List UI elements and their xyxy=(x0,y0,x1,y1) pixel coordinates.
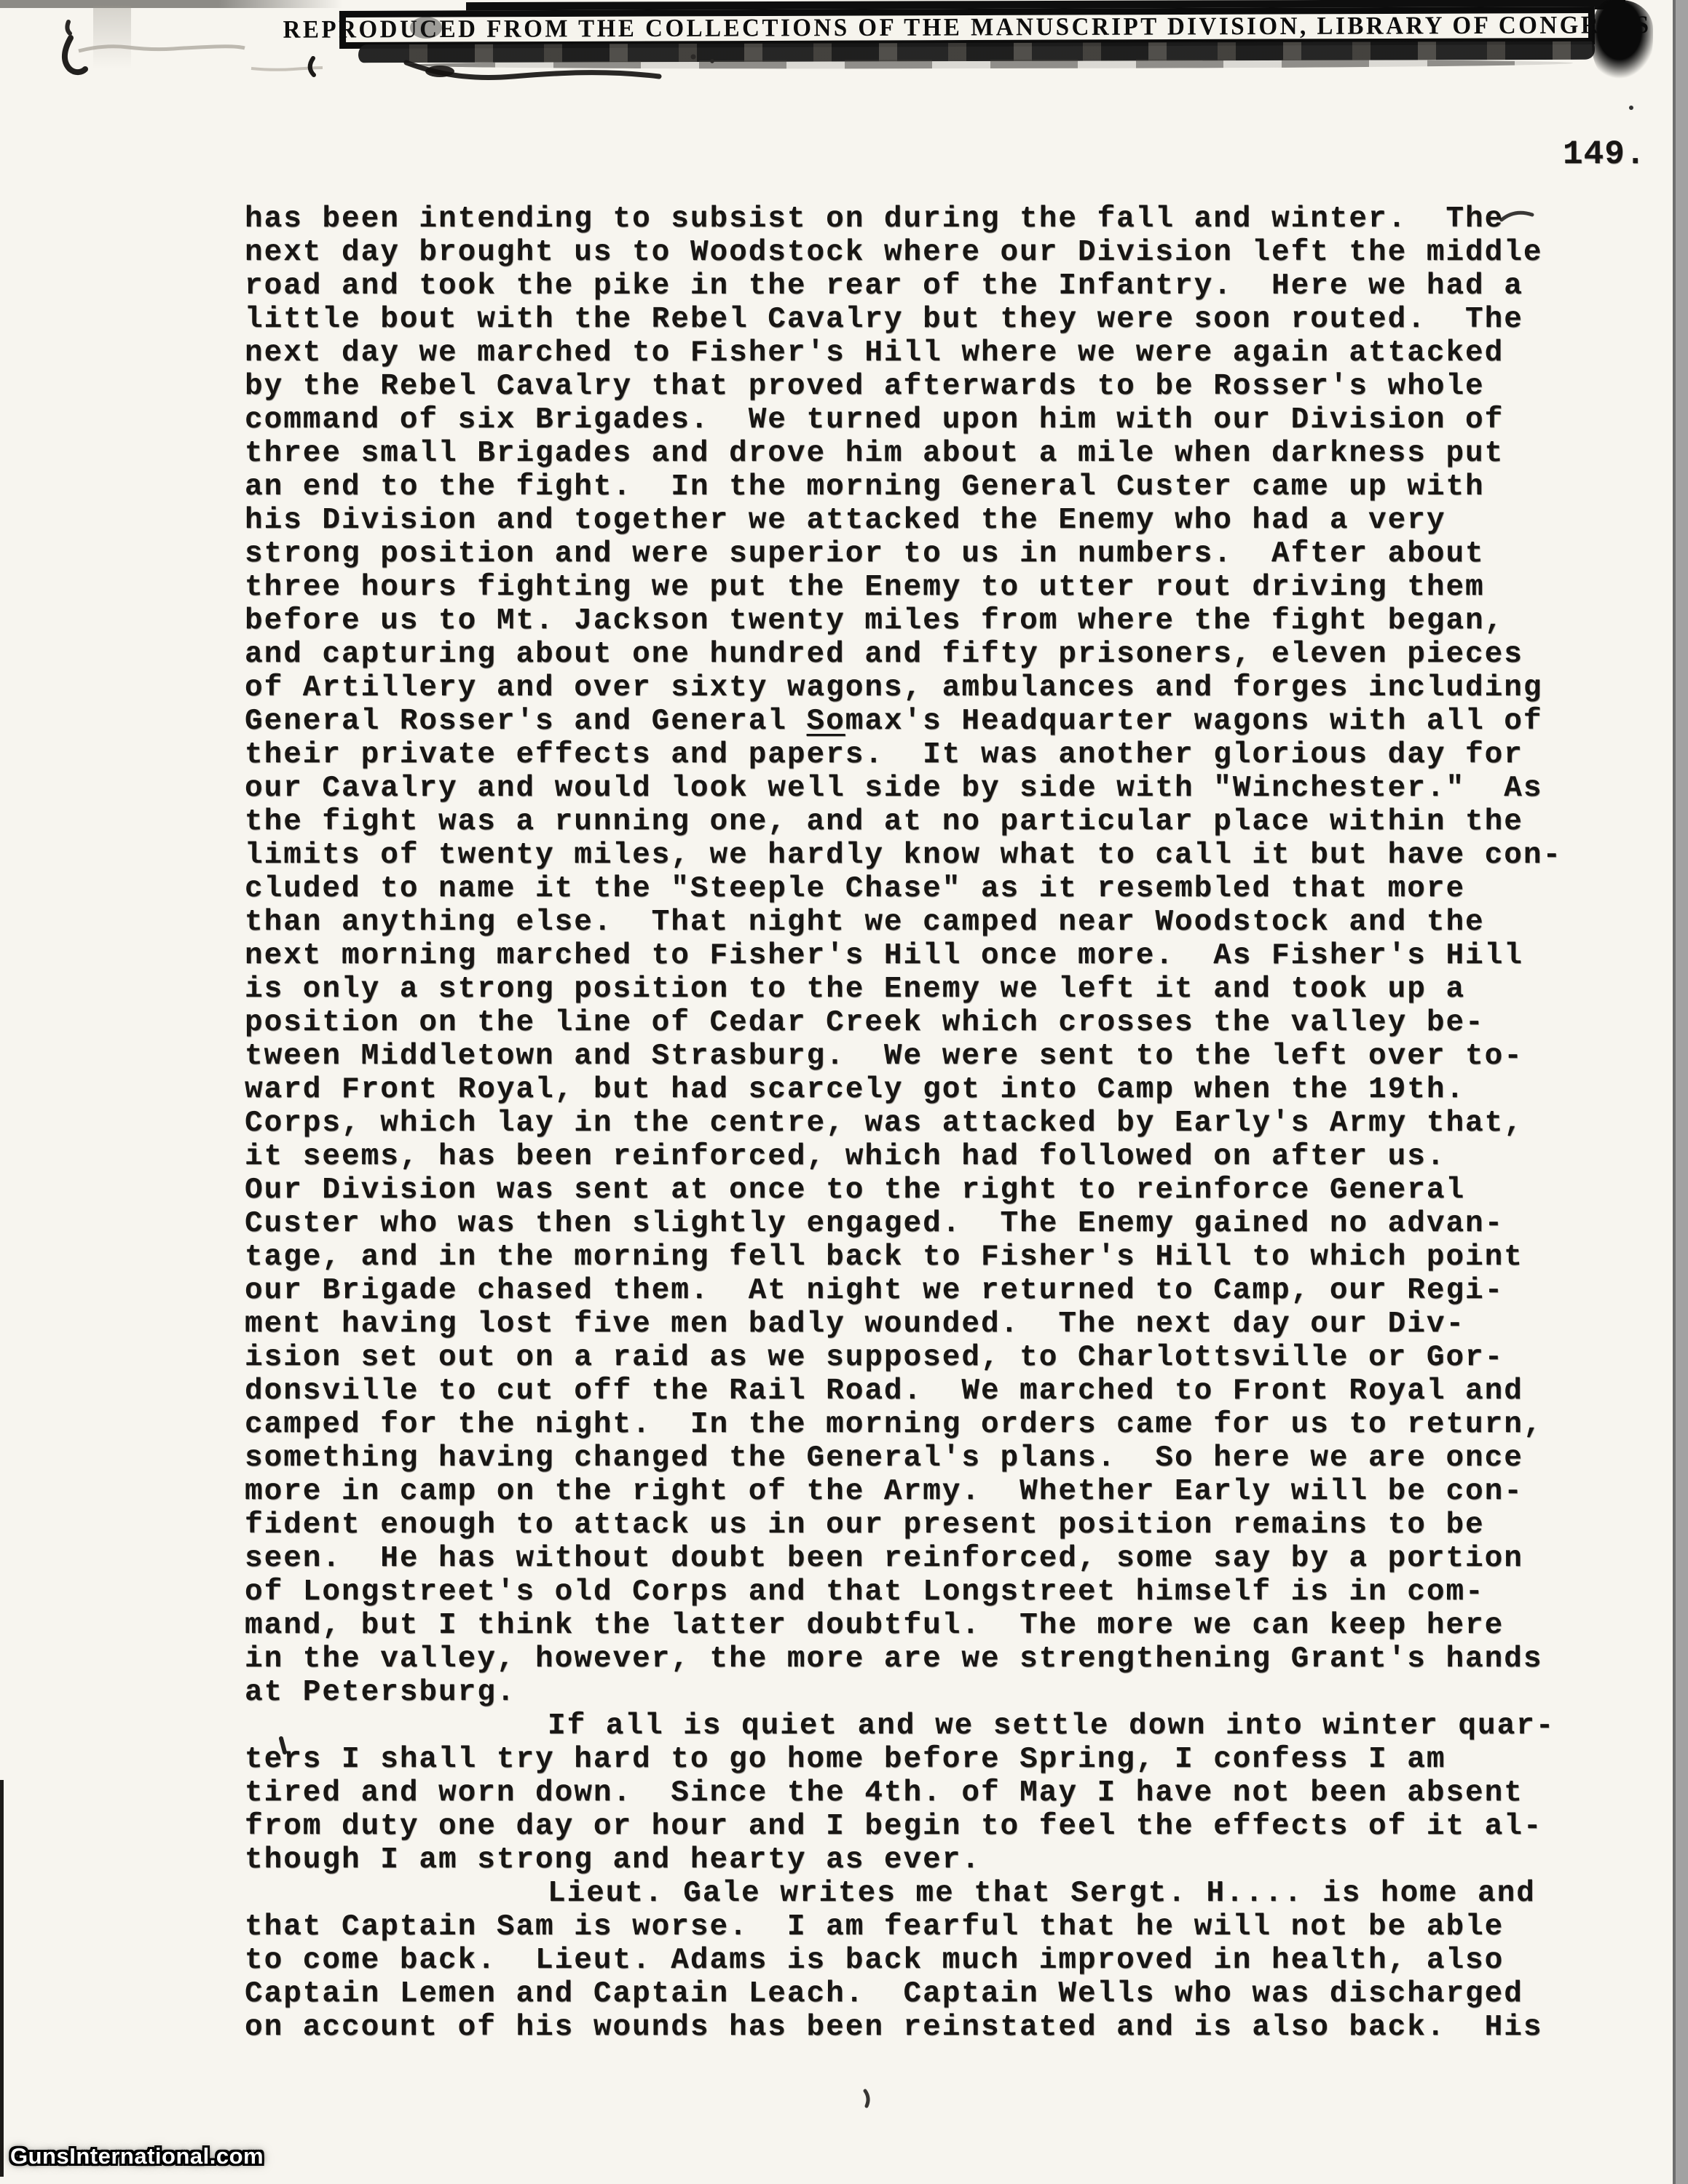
text-line: before us to Mt. Jackson twenty miles fr… xyxy=(245,604,1588,638)
text-line: of Longstreet's old Corps and that Longs… xyxy=(245,1575,1588,1609)
text-line: strong position and were superior to us … xyxy=(245,537,1588,571)
text-line: tween Middletown and Strasburg. We were … xyxy=(245,1040,1588,1073)
text-line: three small Brigades and drove him about… xyxy=(245,437,1588,470)
text-line: at Petersburg. xyxy=(245,1676,1588,1709)
text-line: tage, and in the morning fell back to Fi… xyxy=(245,1241,1588,1274)
text-line: Our Division was sent at once to the rig… xyxy=(245,1174,1588,1207)
text-line: fident enough to attack us in our presen… xyxy=(245,1508,1588,1542)
text-line: limits of twenty miles, we hardly know w… xyxy=(245,839,1588,872)
text-line: camped for the night. In the morning ord… xyxy=(245,1408,1588,1441)
text-line: his Division and together we attacked th… xyxy=(245,504,1588,537)
text-line: an end to the fight. In the morning Gene… xyxy=(245,470,1588,504)
text-line: three hours fighting we put the Enemy to… xyxy=(245,571,1588,604)
text-line: something having changed the General's p… xyxy=(245,1441,1588,1475)
text-line: ision set out on a raid as we supposed, … xyxy=(245,1341,1588,1374)
text-line: from duty one day or hour and I begin to… xyxy=(245,1810,1588,1843)
text-line: is only a strong position to the Enemy w… xyxy=(245,973,1588,1006)
text-line: in the valley, however, the more are we … xyxy=(245,1642,1588,1676)
text-line: command of six Brigades. We turned upon … xyxy=(245,403,1588,437)
text-line: that Captain Sam is worse. I am fearful … xyxy=(245,1910,1588,1944)
text-line: tired and worn down. Since the 4th. of M… xyxy=(245,1776,1588,1810)
scanned-letter-page: { "stamp": { "text": "REPRODUCED FROM TH… xyxy=(0,0,1688,2184)
text-line: Captain Lemen and Captain Leach. Captain… xyxy=(245,1977,1588,2011)
page-number: 149. xyxy=(1563,135,1646,173)
text-line: to come back. Lieut. Adams is back much … xyxy=(245,1944,1588,1977)
text-line: next day brought us to Woodstock where o… xyxy=(245,236,1588,269)
text-line: Lieut. Gale writes me that Sergt. H.... … xyxy=(245,1877,1588,1910)
text-line: by the Rebel Cavalry that proved afterwa… xyxy=(245,370,1588,403)
text-line: more in camp on the right of the Army. W… xyxy=(245,1475,1588,1508)
text-line: has been intending to subsist on during … xyxy=(245,202,1588,236)
stamp-text: REPRODUCED FROM THE COLLECTIONS OF THE M… xyxy=(283,11,1652,44)
text-line: donsville to cut off the Rail Road. We m… xyxy=(245,1374,1588,1408)
text-line: next morning marched to Fisher's Hill on… xyxy=(245,939,1588,973)
text-line: cluded to name it the "Steeple Chase" as… xyxy=(245,872,1588,906)
text-line: If all is quiet and we settle down into … xyxy=(245,1709,1588,1743)
text-line: road and took the pike in the rear of th… xyxy=(245,269,1588,303)
text-line: Corps, which lay in the centre, was atta… xyxy=(245,1107,1588,1140)
scan-edge-top-gray xyxy=(0,0,342,8)
text-line: seen. He has without doubt been reinforc… xyxy=(245,1542,1588,1575)
text-line: it seems, has been reinforced, which had… xyxy=(245,1140,1588,1174)
text-line: next day we marched to Fisher's Hill whe… xyxy=(245,336,1588,370)
text-line: ters I shall try hard to go home before … xyxy=(245,1743,1588,1776)
text-line: than anything else. That night we camped… xyxy=(245,906,1588,939)
text-line: of Artillery and over sixty wagons, ambu… xyxy=(245,671,1588,705)
text-line: on account of his wounds has been reinst… xyxy=(245,2011,1588,2044)
text-line: and capturing about one hundred and fift… xyxy=(245,638,1588,671)
scan-edge-left-line xyxy=(0,1780,4,2177)
text-line: their private effects and papers. It was… xyxy=(245,738,1588,772)
text-line: though I am strong and hearty as ever. xyxy=(245,1843,1588,1877)
text-line: General Rosser's and General Somax's Hea… xyxy=(245,705,1588,738)
text-line: ward Front Royal, but had scarcely got i… xyxy=(245,1073,1588,1107)
text-line: our Cavalry and would look well side by … xyxy=(245,772,1588,805)
letter-body: has been intending to subsist on during … xyxy=(245,202,1588,2044)
text-line: ment having lost five men badly wounded.… xyxy=(245,1307,1588,1341)
text-line: Custer who was then slightly engaged. Th… xyxy=(245,1207,1588,1241)
text-line: the fight was a running one, and at no p… xyxy=(245,805,1588,839)
text-line: position on the line of Cedar Creek whic… xyxy=(245,1006,1588,1040)
text-line: our Brigade chased them. At night we ret… xyxy=(245,1274,1588,1307)
scan-edge-right-band xyxy=(1673,0,1688,2184)
text-line: mand, but I think the latter doubtful. T… xyxy=(245,1609,1588,1642)
watermark: GunsInternational.com xyxy=(10,2143,264,2169)
scan-smudge-streak xyxy=(93,6,131,68)
ink-blob xyxy=(1592,0,1653,87)
text-line: little bout with the Rebel Cavalry but t… xyxy=(245,303,1588,336)
